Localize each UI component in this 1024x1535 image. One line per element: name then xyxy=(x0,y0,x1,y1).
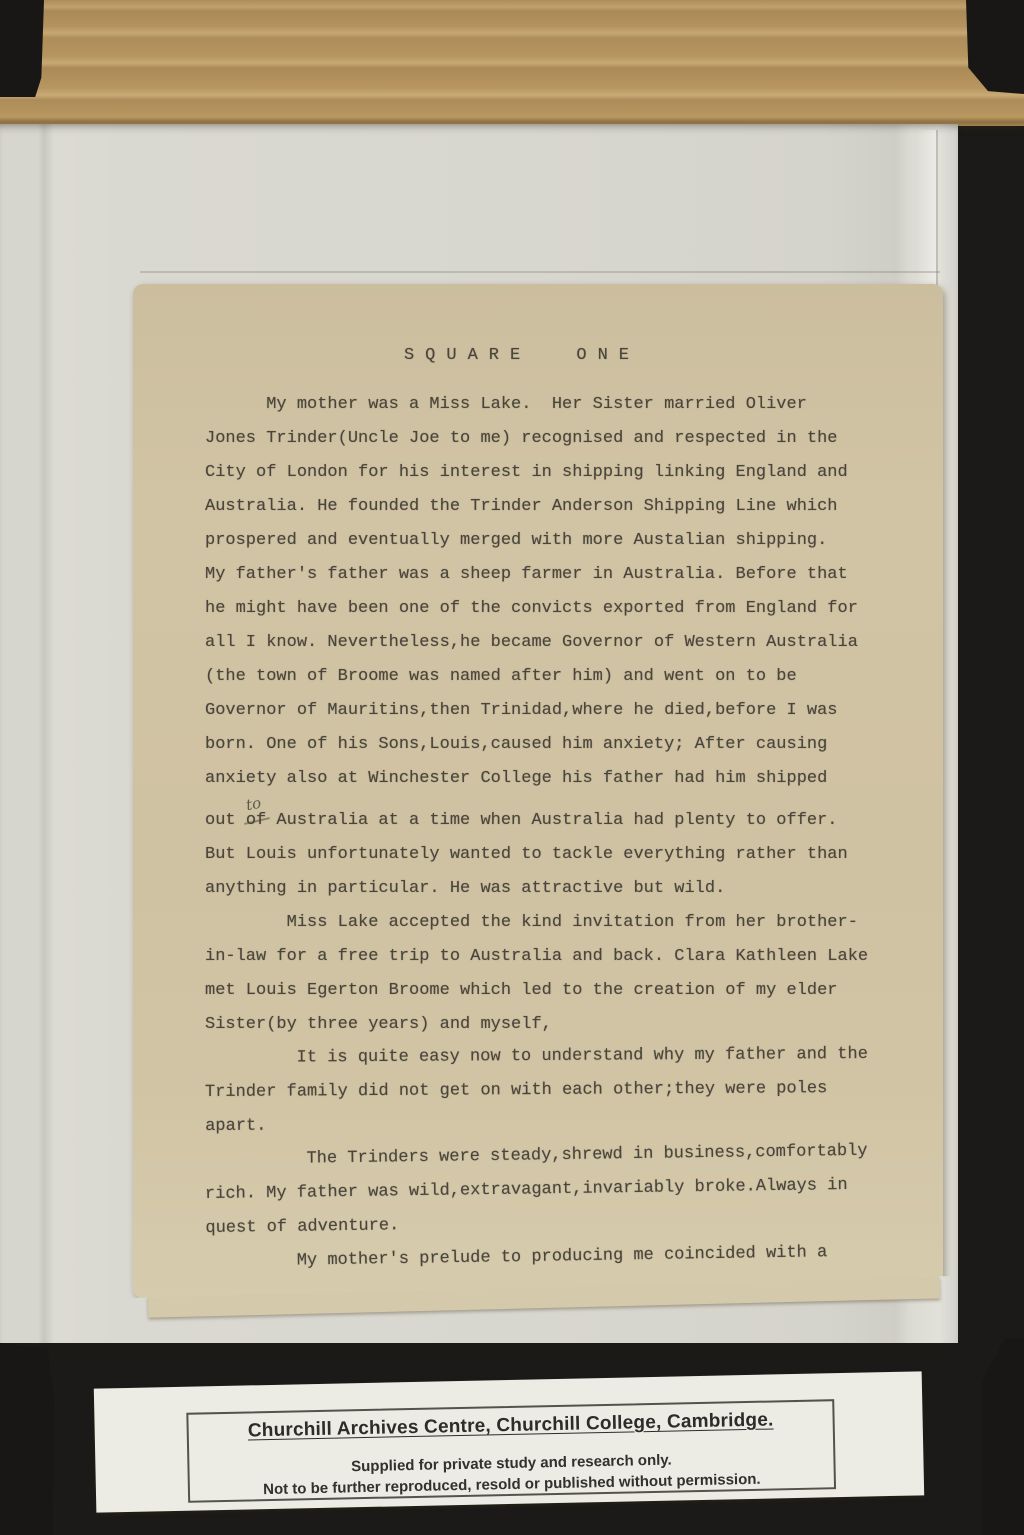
typed-line: City of London for his interest in shipp… xyxy=(205,456,868,490)
typewritten-page: SQUARE ONE My mother was a Miss Lake. He… xyxy=(133,284,943,1298)
typed-line: My mother was a Miss Lake. Her Sister ma… xyxy=(205,388,868,422)
line-segment: Australia at a time when Australia had p… xyxy=(266,811,837,830)
scan-background-corner-top-left xyxy=(0,0,44,97)
typed-line: Trinder family did not get on with each … xyxy=(205,1072,868,1110)
typed-line: born. One of his Sons,Louis,caused him a… xyxy=(205,728,868,762)
page-title: SQUARE ONE xyxy=(117,346,927,365)
typed-line: in-law for a free trip to Australia and … xyxy=(205,940,868,974)
typed-line: all I know. Nevertheless,he became Gover… xyxy=(205,626,868,660)
typed-line: anxiety also at Winchester College his f… xyxy=(205,762,868,796)
scan-background-corner-bottom-left xyxy=(0,1343,54,1535)
label-heading: Churchill Archives Centre, Churchill Col… xyxy=(189,1408,833,1443)
typed-line: But Louis unfortunately wanted to tackle… xyxy=(205,838,868,872)
typed-line: Miss Lake accepted the kind invitation f… xyxy=(205,906,868,940)
typed-line: Governor of Mauritins,then Trinidad,wher… xyxy=(205,694,868,728)
typed-line-with-correction: out toof Australia at a time when Austra… xyxy=(205,804,868,838)
typed-line: My father's father was a sheep farmer in… xyxy=(205,558,868,592)
typed-line: Jones Trinder(Uncle Joe to me) recognise… xyxy=(205,422,868,456)
typed-line: It is quite easy now to understand why m… xyxy=(205,1038,868,1076)
paragraph-1: My mother was a Miss Lake. Her Sister ma… xyxy=(205,388,868,906)
line-segment: out xyxy=(205,811,246,830)
typed-text-block: My mother was a Miss Lake. Her Sister ma… xyxy=(205,388,868,1280)
archive-folder-top-flap xyxy=(0,0,1024,126)
typed-line: Australia. He founded the Trinder Anders… xyxy=(205,490,868,524)
typed-line: met Louis Egerton Broome which led to th… xyxy=(205,974,868,1008)
typed-line: he might have been one of the convicts e… xyxy=(205,592,868,626)
scanned-archive-photo: SQUARE ONE My mother was a Miss Lake. He… xyxy=(0,0,1024,1535)
paragraph-4: The Trinders were steady,shrewd in busin… xyxy=(204,1135,868,1246)
typed-line: Sister(by three years) and myself, xyxy=(205,1008,868,1042)
corrected-word-wrapper: toof xyxy=(246,804,266,838)
backing-sheet-edge-line xyxy=(140,271,940,273)
archive-permissions-label: Churchill Archives Centre, Churchill Col… xyxy=(94,1371,924,1512)
paragraph-2: Miss Lake accepted the kind invitation f… xyxy=(205,906,868,1042)
archive-folder-right-edge xyxy=(952,0,1024,1535)
label-border-box: Churchill Archives Centre, Churchill Col… xyxy=(186,1399,836,1503)
paragraph-3: It is quite easy now to understand why m… xyxy=(205,1038,869,1144)
typed-line: prospered and eventually merged with mor… xyxy=(205,524,868,558)
typed-line: (the town of Broome was named after him)… xyxy=(205,660,868,694)
typed-line: anything in particular. He was attractiv… xyxy=(205,872,868,906)
